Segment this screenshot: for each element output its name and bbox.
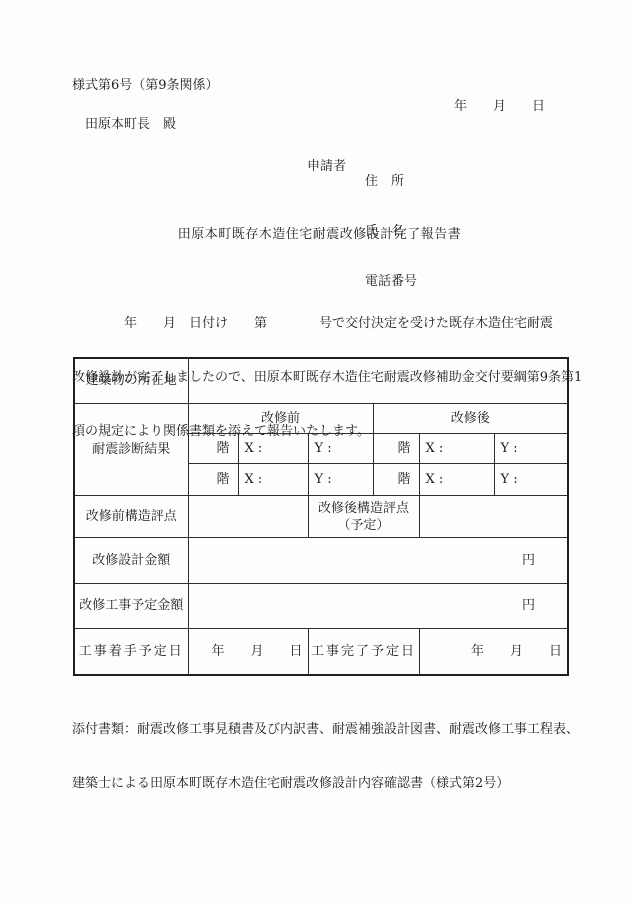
report-form-table: 建築物の所在地 耐震診断結果 改修前 改修後 階 X : Y : 階 X : Y… (73, 357, 569, 676)
after-y-label: Y : (494, 434, 568, 464)
work-start-date-label: 工事着手予定日 (74, 629, 188, 676)
building-location-blank-cell (188, 358, 568, 404)
score-after-label-line2: （予定） (309, 517, 419, 534)
table-row: 耐震診断結果 改修前 改修後 (74, 404, 568, 434)
work-cost-yen-cell: 円 (188, 584, 568, 629)
after-floor-label: 階 (373, 434, 419, 464)
before-x-label: X : (238, 434, 308, 464)
attachments-line: 建築士による田原本町既存木造住宅耐震改修設計内容確認書（様式第2号） (72, 773, 572, 795)
addressee: 田原本町長 殿 (85, 117, 176, 133)
form-number: 様式第6号（第9条関係） (72, 78, 219, 94)
score-after-label: 改修後構造評点 （予定） (308, 496, 419, 538)
work-end-date-label: 工事完了予定日 (308, 629, 419, 676)
work-end-date-cell: 年 月 日 (419, 629, 568, 676)
before-floor-label: 階 (188, 434, 238, 464)
before-y-label: Y : (308, 434, 373, 464)
table-row: 改修設計金額 円 (74, 538, 568, 584)
body-line: 年 月 日付け 第 号で交付決定を受けた既存木造住宅耐震 (72, 313, 572, 335)
score-after-blank-cell (419, 496, 568, 538)
score-before-blank-cell (188, 496, 308, 538)
before-retrofit-header: 改修前 (188, 404, 373, 434)
design-cost-label: 改修設計金額 (74, 538, 188, 584)
table-row: 改修工事予定金額 円 (74, 584, 568, 629)
document-page: 様式第6号（第9条関係） 年 月 日 田原本町長 殿 申請者 住 所 氏 名 電… (0, 0, 630, 903)
date-line: 年 月 日 (72, 99, 567, 115)
table-row: 改修前構造評点 改修後構造評点 （予定） (74, 496, 568, 538)
score-after-label-line1: 改修後構造評点 (309, 500, 419, 517)
before-floor-label: 階 (188, 464, 238, 496)
design-cost-yen-cell: 円 (188, 538, 568, 584)
score-before-label: 改修前構造評点 (74, 496, 188, 538)
applicant-address-label: 住 所 (365, 173, 417, 191)
diagnosis-result-label: 耐震診断結果 (74, 404, 188, 496)
after-retrofit-header: 改修後 (373, 404, 568, 434)
after-y-label: Y : (494, 464, 568, 496)
before-y-label: Y : (308, 464, 373, 496)
work-cost-label: 改修工事予定金額 (74, 584, 188, 629)
building-location-label: 建築物の所在地 (74, 358, 188, 404)
before-x-label: X : (238, 464, 308, 496)
after-x-label: X : (419, 434, 494, 464)
table-row: 建築物の所在地 (74, 358, 568, 404)
after-x-label: X : (419, 464, 494, 496)
attachments-note: 添付書類：耐震改修工事見積書及び内訳書、耐震補強設計図書、耐震改修工事工程表、 … (72, 687, 572, 827)
after-floor-label: 階 (373, 464, 419, 496)
table-row: 工事着手予定日 年 月 日 工事完了予定日 年 月 日 (74, 629, 568, 676)
attachments-line: 添付書類：耐震改修工事見積書及び内訳書、耐震補強設計図書、耐震改修工事工程表、 (72, 719, 572, 741)
work-start-date-cell: 年 月 日 (188, 629, 308, 676)
document-title: 田原本町既存木造住宅耐震改修設計完了報告書 (72, 227, 567, 243)
